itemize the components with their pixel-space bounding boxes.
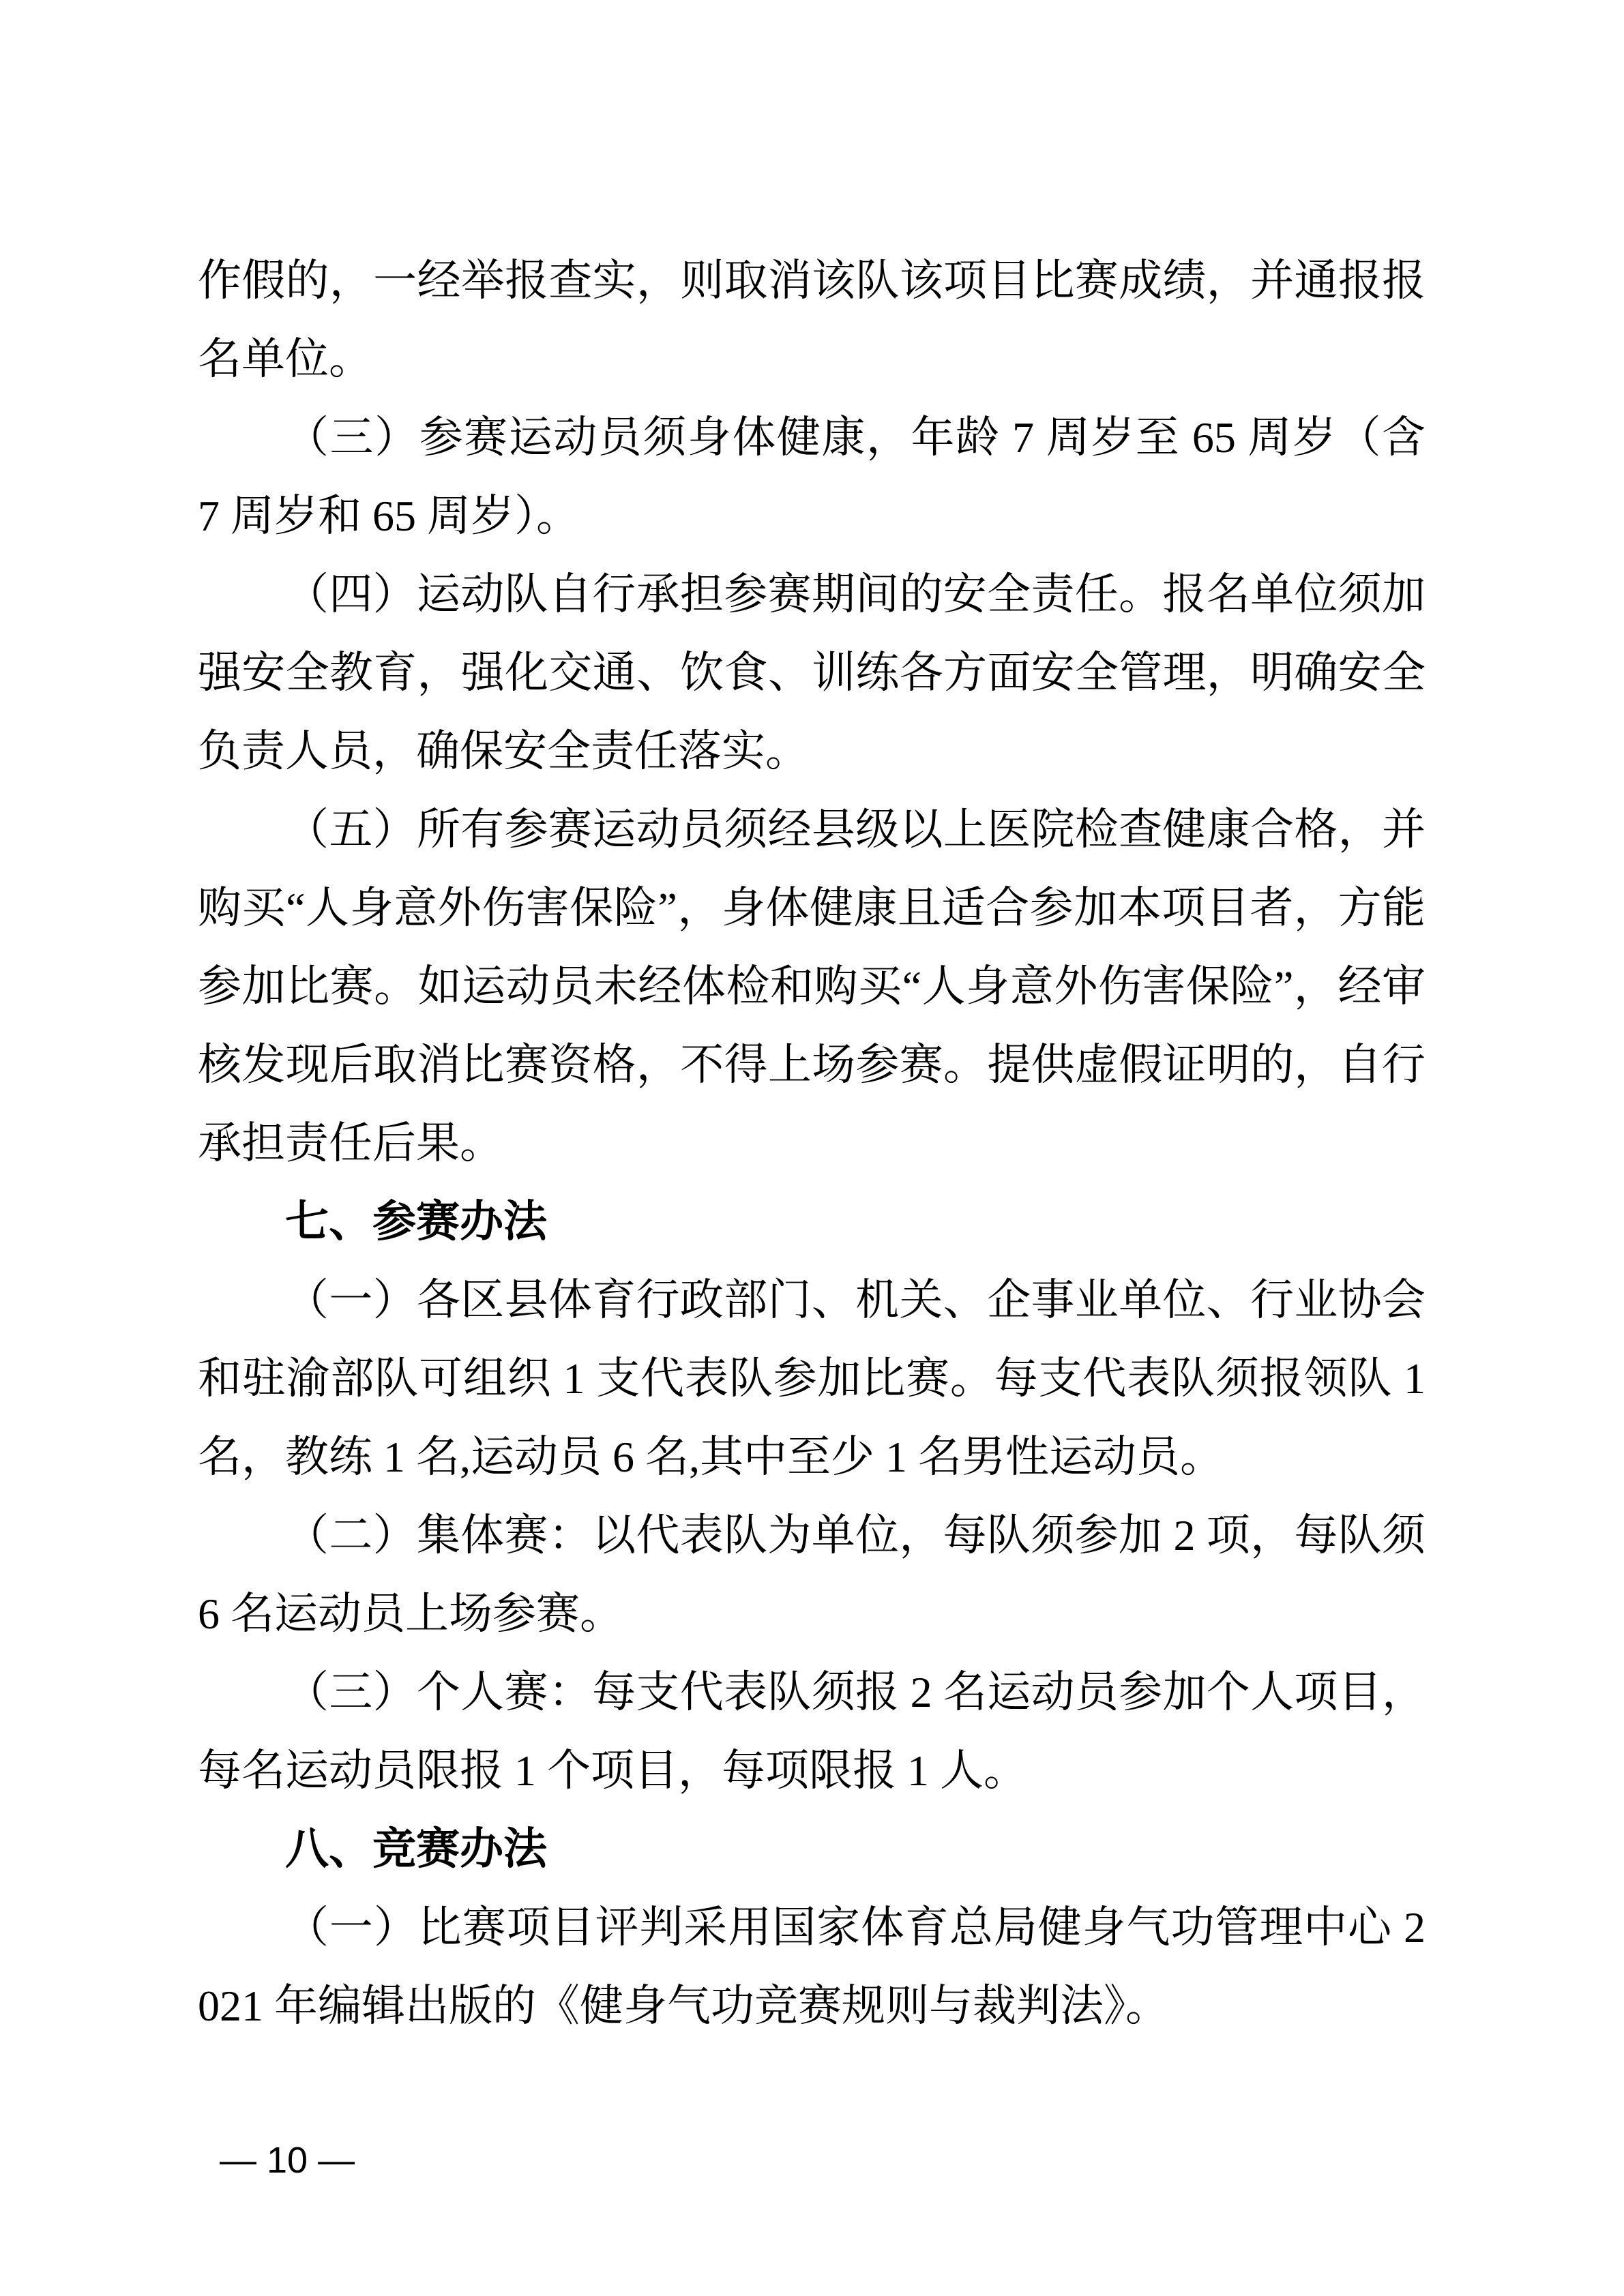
paragraph: （二）集体赛：以代表队为单位，每队须参加 2 项，每队须 6 名运动员上场参赛。 (198, 1496, 1426, 1653)
paragraph: （三）个人赛：每支代表队须报 2 名运动员参加个人项目，每名运动员限报 1 个项… (198, 1653, 1426, 1810)
document-page: { "style": { "page_background": "#ffffff… (0, 0, 1624, 2296)
section-heading: 七、参赛办法 (198, 1182, 1426, 1261)
document-body: 作假的，一经举报查实，则取消该队该项目比赛成绩，并通报报名单位。（三）参赛运动员… (198, 241, 1426, 2045)
page-footer: — 10 — (220, 2138, 355, 2182)
paragraph: （五）所有参赛运动员须经县级以上医院检查健康合格，并购买“人身意外伤害保险”，身… (198, 790, 1426, 1182)
paragraph: （一）各区县体育行政部门、机关、企事业单位、行业协会和驻渝部队可组织 1 支代表… (198, 1261, 1426, 1496)
paragraph: 作假的，一经举报查实，则取消该队该项目比赛成绩，并通报报名单位。 (198, 241, 1426, 398)
paragraph: （四）运动队自行承担参赛期间的安全责任。报名单位须加强安全教育，强化交通、饮食、… (198, 555, 1426, 790)
page-number: — 10 — (220, 2140, 355, 2181)
paragraph: （一）比赛项目评判采用国家体育总局健身气功管理中心 2021 年编辑出版的《健身… (198, 1888, 1426, 2045)
section-heading: 八、竞赛办法 (198, 1810, 1426, 1888)
paragraph: （三）参赛运动员须身体健康，年龄 7 周岁至 65 周岁（含 7 周岁和 65 … (198, 398, 1426, 555)
